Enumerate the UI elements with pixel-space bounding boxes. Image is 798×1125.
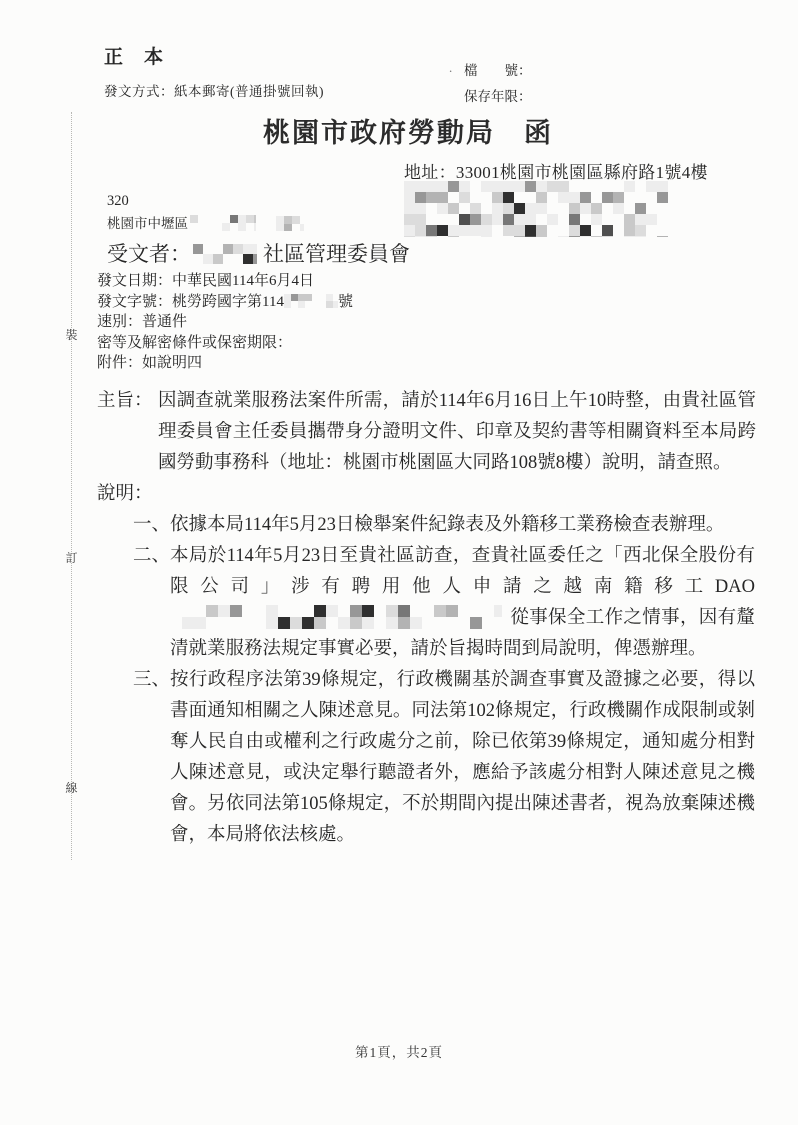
speed-class: 速別：普通件 xyxy=(97,312,353,333)
redaction-mosaic-pattern xyxy=(170,605,502,629)
doc-number-prefix: 發文字號：桃勞跨國字第114 xyxy=(97,294,284,310)
doc-number-line: 發文字號：桃勞跨國字第114號 xyxy=(97,292,353,313)
recipient-address-prefix: 桃園市中壢區 xyxy=(107,216,188,231)
item-1-marker: 一、 xyxy=(133,510,170,541)
redaction-mosaic-pattern xyxy=(276,216,304,231)
file-number-label: 檔 號： xyxy=(464,59,532,79)
item-2-marker: 二、 xyxy=(133,541,170,665)
explanation-item-1: 一、 依據本局114年5月23日檢舉案件紀錄表及外籍移工業務檢查表辦理。 xyxy=(133,510,759,541)
binding-dotted-line xyxy=(71,112,72,860)
binding-mark-ding: 訂 xyxy=(64,549,79,566)
recipient-label: 受文者： xyxy=(107,242,191,266)
explanation-item-2: 二、 本局於114年5月23日至貴社區訪查，查貴社區委任之「西北保全股份有限公司… xyxy=(133,541,759,665)
scan-artifact-dot: . xyxy=(449,60,452,76)
delivery-method: 發文方式：紙本郵寄(普通掛號回執) xyxy=(104,80,324,100)
redacted-worker-name xyxy=(170,605,502,629)
sender-address: 地址：33001桃園市桃園區縣府路1號4樓 xyxy=(404,158,708,183)
subject-text: 因調查就業服務法案件所需，請於114年6月16日上午10時整，由貴社區管理委員會… xyxy=(158,386,756,479)
recipient-name-suffix: 社區管理委員會 xyxy=(263,242,410,266)
redaction-mosaic-pattern xyxy=(404,181,668,237)
recipient-row: 受文者：社區管理委員會 xyxy=(107,238,410,268)
letter-body: 主旨： 因調查就業服務法案件所需，請於114年6月16日上午10時整，由貴社區管… xyxy=(97,386,759,851)
document-title: 桃園市政府勞動局 函 xyxy=(0,111,798,150)
doc-number-suffix: 號 xyxy=(338,294,353,310)
redaction-mosaic-pattern xyxy=(193,244,257,264)
subject-label: 主旨： xyxy=(97,386,158,417)
page-number: 第1頁，共2頁 xyxy=(0,1041,798,1061)
item-3-marker: 三、 xyxy=(133,665,170,851)
redacted-sender-contact xyxy=(404,181,668,237)
recipient-postal-code: 320 xyxy=(107,193,129,210)
redacted-doc-number xyxy=(284,294,338,308)
redacted-recipient-address-2 xyxy=(276,216,304,231)
recipient-address-line: 桃園市中壢區 xyxy=(107,212,304,232)
subject-paragraph: 主旨： 因調查就業服務法案件所需，請於114年6月16日上午10時整，由貴社區管… xyxy=(97,386,759,479)
binding-mark-zhuang: 裝 xyxy=(64,326,79,343)
attachment-note: 附件：如說明四 xyxy=(97,353,353,374)
security-class: 密等及解密條件或保密期限： xyxy=(97,333,353,354)
redacted-recipient-address xyxy=(190,215,256,231)
document-meta: 發文日期：中華民國114年6月4日 發文字號：桃勞跨國字第114號 速別：普通件… xyxy=(97,271,353,374)
item-3-text: 按行政程序法第39條規定，行政機關基於調查事實及證據之必要，得以書面通知相關之人… xyxy=(170,665,755,851)
copy-type-label: 正 本 xyxy=(104,42,164,69)
issue-date: 發文日期：中華民國114年6月4日 xyxy=(97,271,353,292)
redaction-mosaic-pattern xyxy=(284,294,338,308)
explanation-label: 說明： xyxy=(97,479,759,510)
item-1-text: 依據本局114年5月23日檢舉案件紀錄表及外籍移工業務檢查表辦理。 xyxy=(170,510,755,541)
item-2-text: 本局於114年5月23日至貴社區訪查，查貴社區委任之「西北保全股份有限公司」涉有… xyxy=(170,541,755,665)
redacted-recipient-name xyxy=(193,244,257,264)
retention-period-label: 保存年限： xyxy=(464,85,532,105)
binding-mark-xian: 線 xyxy=(64,779,79,796)
item-2-text-before: 本局於114年5月23日至貴社區訪查，查貴社區委任之「西北保全股份有限公司」涉有… xyxy=(170,546,755,597)
redaction-mosaic-pattern xyxy=(190,215,256,231)
explanation-item-3: 三、 按行政程序法第39條規定，行政機關基於調查事實及證據之必要，得以書面通知相… xyxy=(133,665,759,851)
